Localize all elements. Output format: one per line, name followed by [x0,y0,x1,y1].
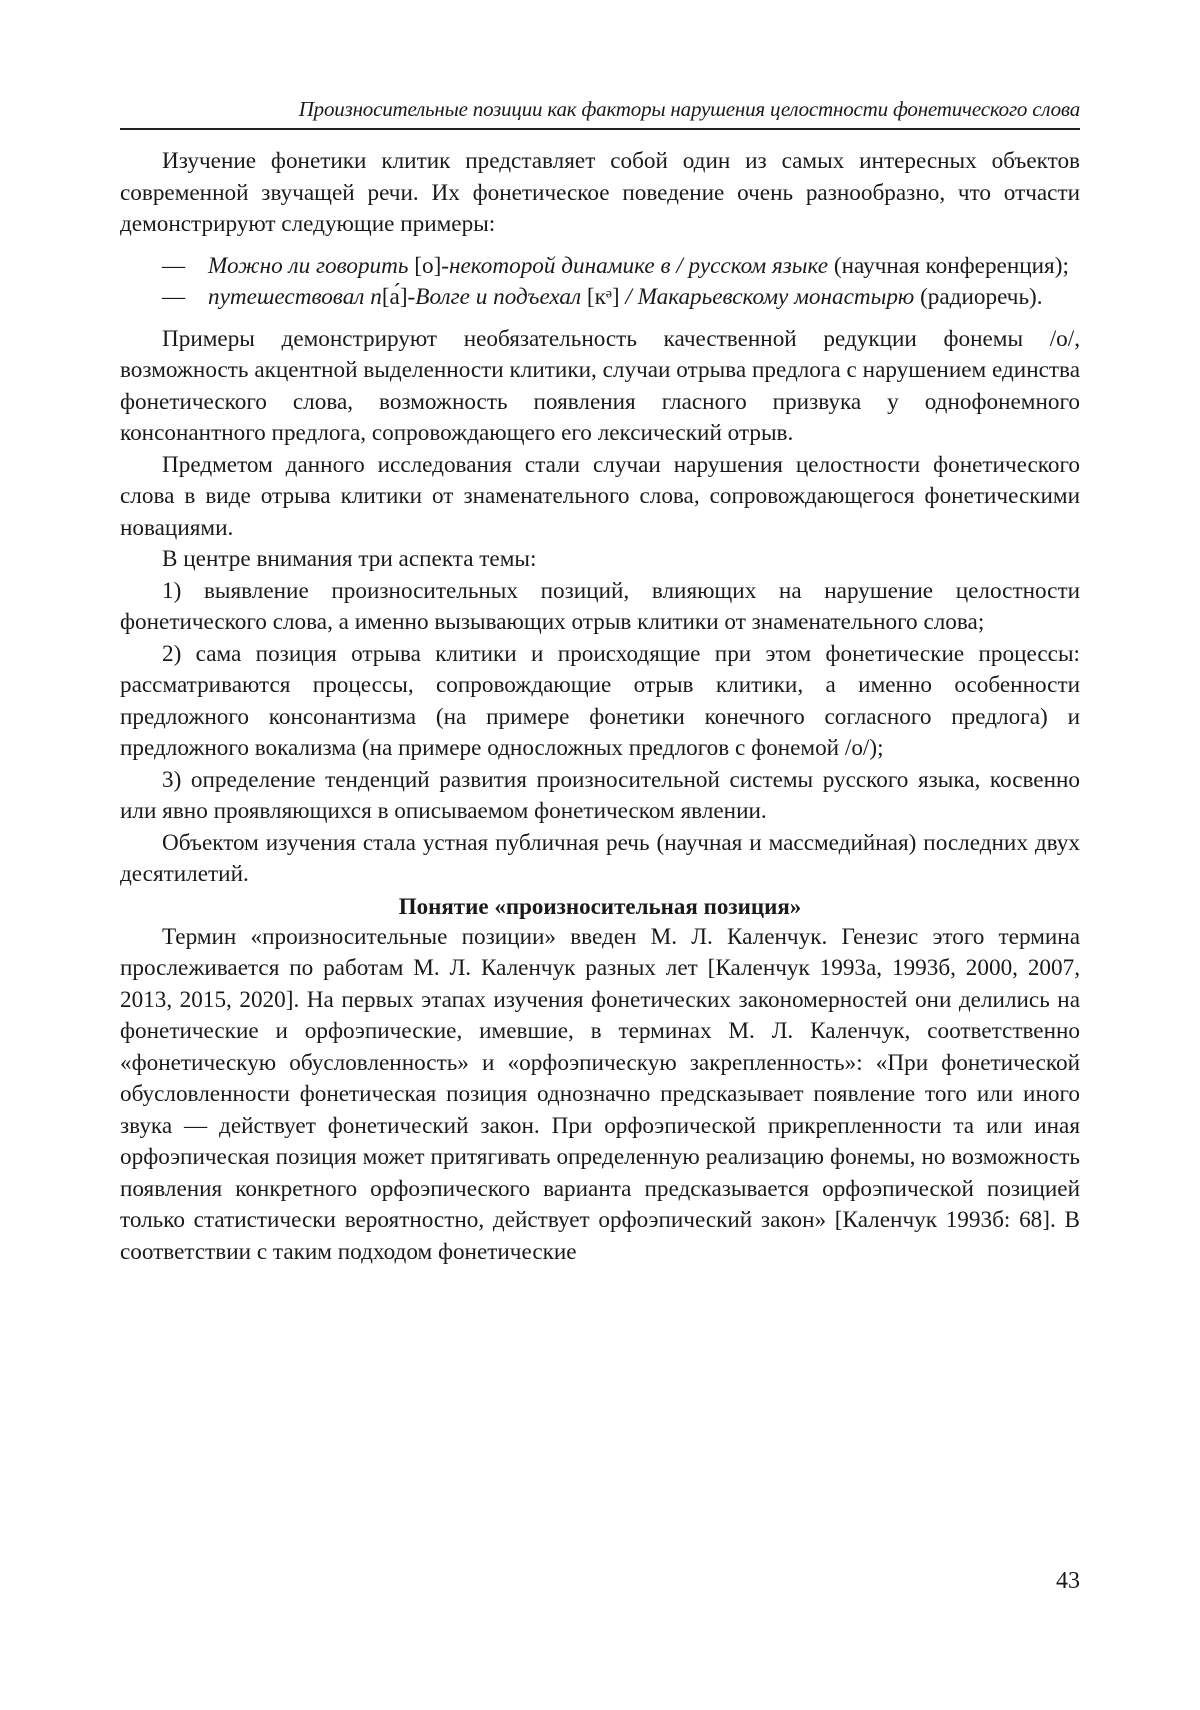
body-text: Изучение фонетики клитик представляет со… [120,146,1080,1268]
em-dash: — [162,282,185,314]
paragraph: Предметом данного исследования стали слу… [120,450,1080,545]
document-page: Произносительные позиции как факторы нар… [120,96,1080,1268]
transcription: [кᵊ] [587,284,625,310]
paragraph: Объектом изучения стала устная публичная… [120,828,1080,891]
paragraph: В центре внимания три аспекта темы: [120,544,1080,576]
example-source: (научная конференция); [828,253,1069,279]
section-paragraph: Термин «произносительные позиции» введен… [120,922,1080,1269]
examples-list: —Можно ли говорить [о]-некоторой динамик… [120,251,1080,314]
page-number: 43 [1056,1568,1080,1595]
transcription: [а́]- [382,284,415,310]
example-source: (радиоречь). [914,284,1042,310]
example-item: —путешествовал п[а́]-Волге и подъехал [к… [120,282,1080,314]
list-item-aspect-3: 3) определение тенденций развития произн… [120,765,1080,828]
example-text: Волге и подъехал [415,284,587,310]
example-text: путешествовал п [208,284,382,310]
example-text: / Макарьевскому монастырю [625,284,914,310]
list-item-aspect-1: 1) выявление произносительных позиций, в… [120,576,1080,639]
section-heading: Понятие «произносительная позиция» [120,891,1080,922]
intro-paragraph: Изучение фонетики клитик представляет со… [120,146,1080,241]
running-head: Произносительные позиции как факторы нар… [120,96,1080,130]
example-text: Можно ли говорить [208,253,414,279]
example-text: некоторой динамике в / русском языке [449,253,828,279]
em-dash: — [162,251,185,283]
paragraph: Примеры демонстрируют необязательность к… [120,324,1080,450]
example-item: —Можно ли говорить [о]-некоторой динамик… [120,251,1080,283]
list-item-aspect-2: 2) сама позиция отрыва клитики и происхо… [120,639,1080,765]
transcription: [о]- [414,253,449,279]
